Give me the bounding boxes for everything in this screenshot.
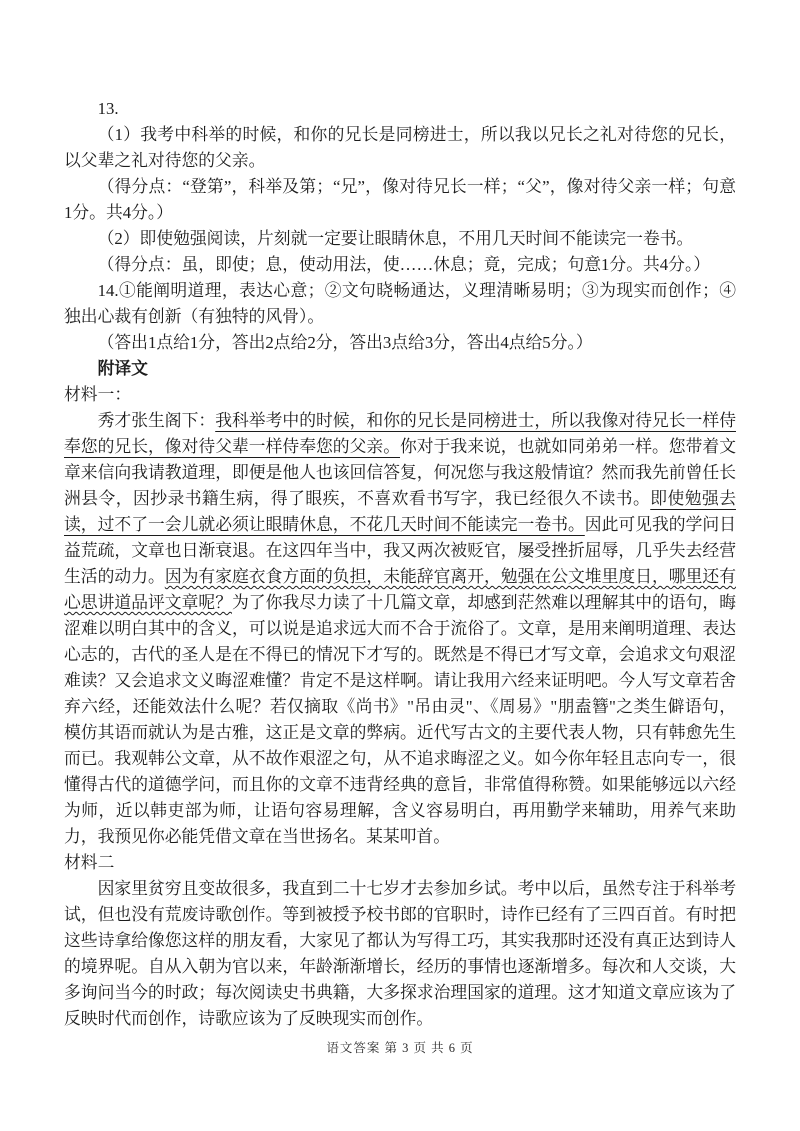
q14-answer: 14.①能阐明道理，表达心意；②文句晓畅通达，义理清晰易明；③为现实而创作；④独…	[64, 278, 736, 330]
material-1-salutation: 秀才张生阁下：	[98, 411, 216, 430]
q13-translation-2: （2）即使勉强阅读，片刻就一定要让眼睛休息，不用几天时间不能读完一卷书。	[64, 226, 736, 252]
page-content: 13. （1）我考中科举的时候，和你的兄长是同榜进士，所以我以兄长之礼对待您的兄…	[64, 96, 736, 1032]
q14-scoring: （答出1点给1分，答出2点给2分，答出3点给3分，答出4点给5分。）	[64, 330, 736, 356]
page-footer: 语文答案 第 3 页 共 6 页	[0, 1038, 800, 1056]
appendix-translation-heading: 附译文	[64, 356, 736, 382]
q13-scoring-2: （得分点：虽，即使；息，使动用法，使……休息；竟，完成；句意1分。共4分。）	[64, 252, 736, 278]
material-1-body-text-3: 为了你我尽力读了十几篇文章，却感到茫然难以理解其中的语句，晦涩难以明白其中的含义…	[64, 593, 736, 846]
q13-translation-1: （1）我考中科举的时候，和你的兄长是同榜进士，所以我以兄长之礼对待您的兄长，以父…	[64, 122, 736, 174]
material-1-label: 材料一：	[64, 382, 736, 408]
q13-scoring-1: （得分点：“登第”，科举及第；“兄”，像对待兄长一样；“父”，像对待父亲一样；句…	[64, 174, 736, 226]
question-13-number: 13.	[64, 96, 736, 122]
answer-sheet-page: 13. （1）我考中科举的时候，和你的兄长是同榜进士，所以我以兄长之礼对待您的兄…	[0, 0, 800, 1131]
material-2-label: 材料二	[64, 850, 736, 876]
material-2-paragraph: 因家里贫穷且变故很多，我直到二十七岁才去参加乡试。考中以后，虽然专注于科举考试，…	[64, 876, 736, 1032]
material-1-paragraph: 秀才张生阁下：我科举考中的时候，和你的兄长是同榜进士，所以我像对待兄长一样侍奉您…	[64, 408, 736, 850]
